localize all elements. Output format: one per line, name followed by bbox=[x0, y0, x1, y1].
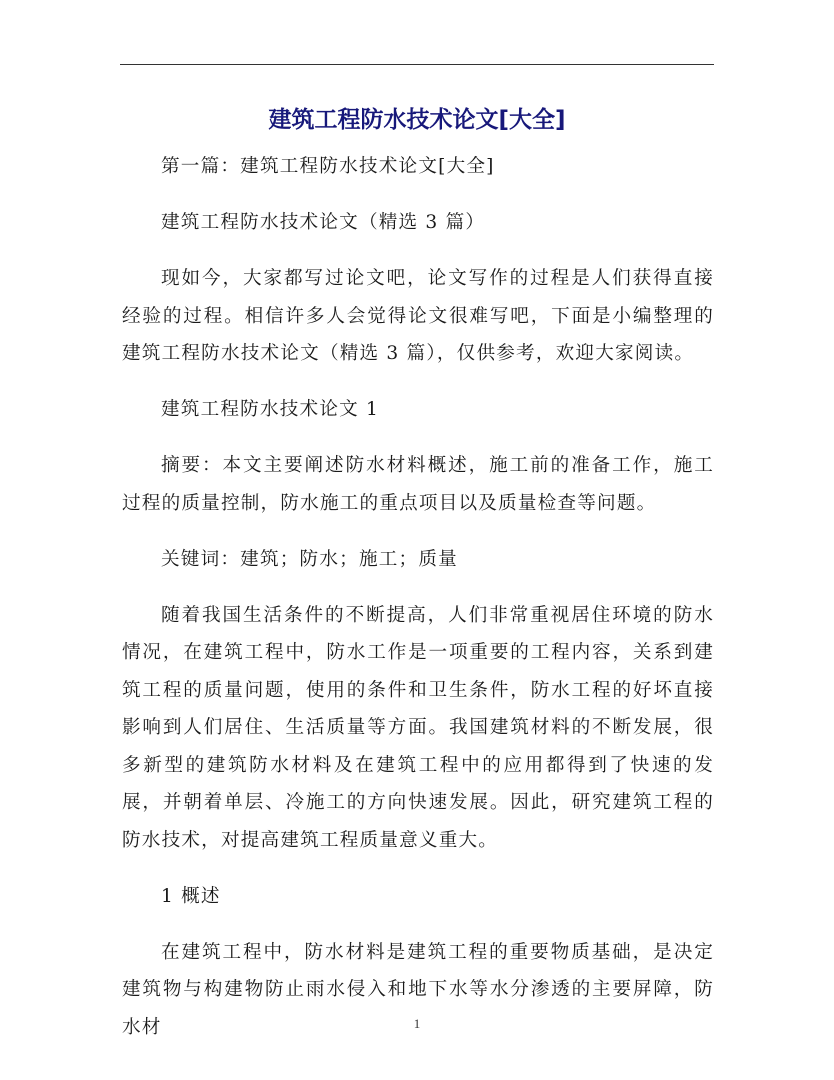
abstract-paragraph: 摘要：本文主要阐述防水材料概述，施工前的准备工作，施工过程的质量控制，防水施工的… bbox=[122, 447, 714, 522]
overview-heading: 1 概述 bbox=[122, 878, 714, 916]
keywords-line: 关键词：建筑；防水；施工；质量 bbox=[122, 541, 714, 579]
section-subtitle: 建筑工程防水技术论文（精选 3 篇） bbox=[122, 204, 714, 242]
body-paragraph: 随着我国生活条件的不断提高，人们非常重视居住环境的防水情况，在建筑工程中，防水工… bbox=[122, 597, 714, 860]
article-heading: 建筑工程防水技术论文 1 bbox=[122, 391, 714, 429]
section-heading-first: 第一篇：建筑工程防水技术论文[大全] bbox=[122, 148, 714, 186]
page-number: 1 bbox=[0, 1016, 834, 1032]
document-body: 第一篇：建筑工程防水技术论文[大全] 建筑工程防水技术论文（精选 3 篇） 现如… bbox=[122, 148, 714, 1065]
intro-paragraph: 现如今，大家都写过论文吧，论文写作的过程是人们获得直接经验的过程。相信许多人会觉… bbox=[122, 260, 714, 373]
header-rule bbox=[120, 64, 714, 65]
document-title: 建筑工程防水技术论文[大全] bbox=[0, 101, 834, 134]
